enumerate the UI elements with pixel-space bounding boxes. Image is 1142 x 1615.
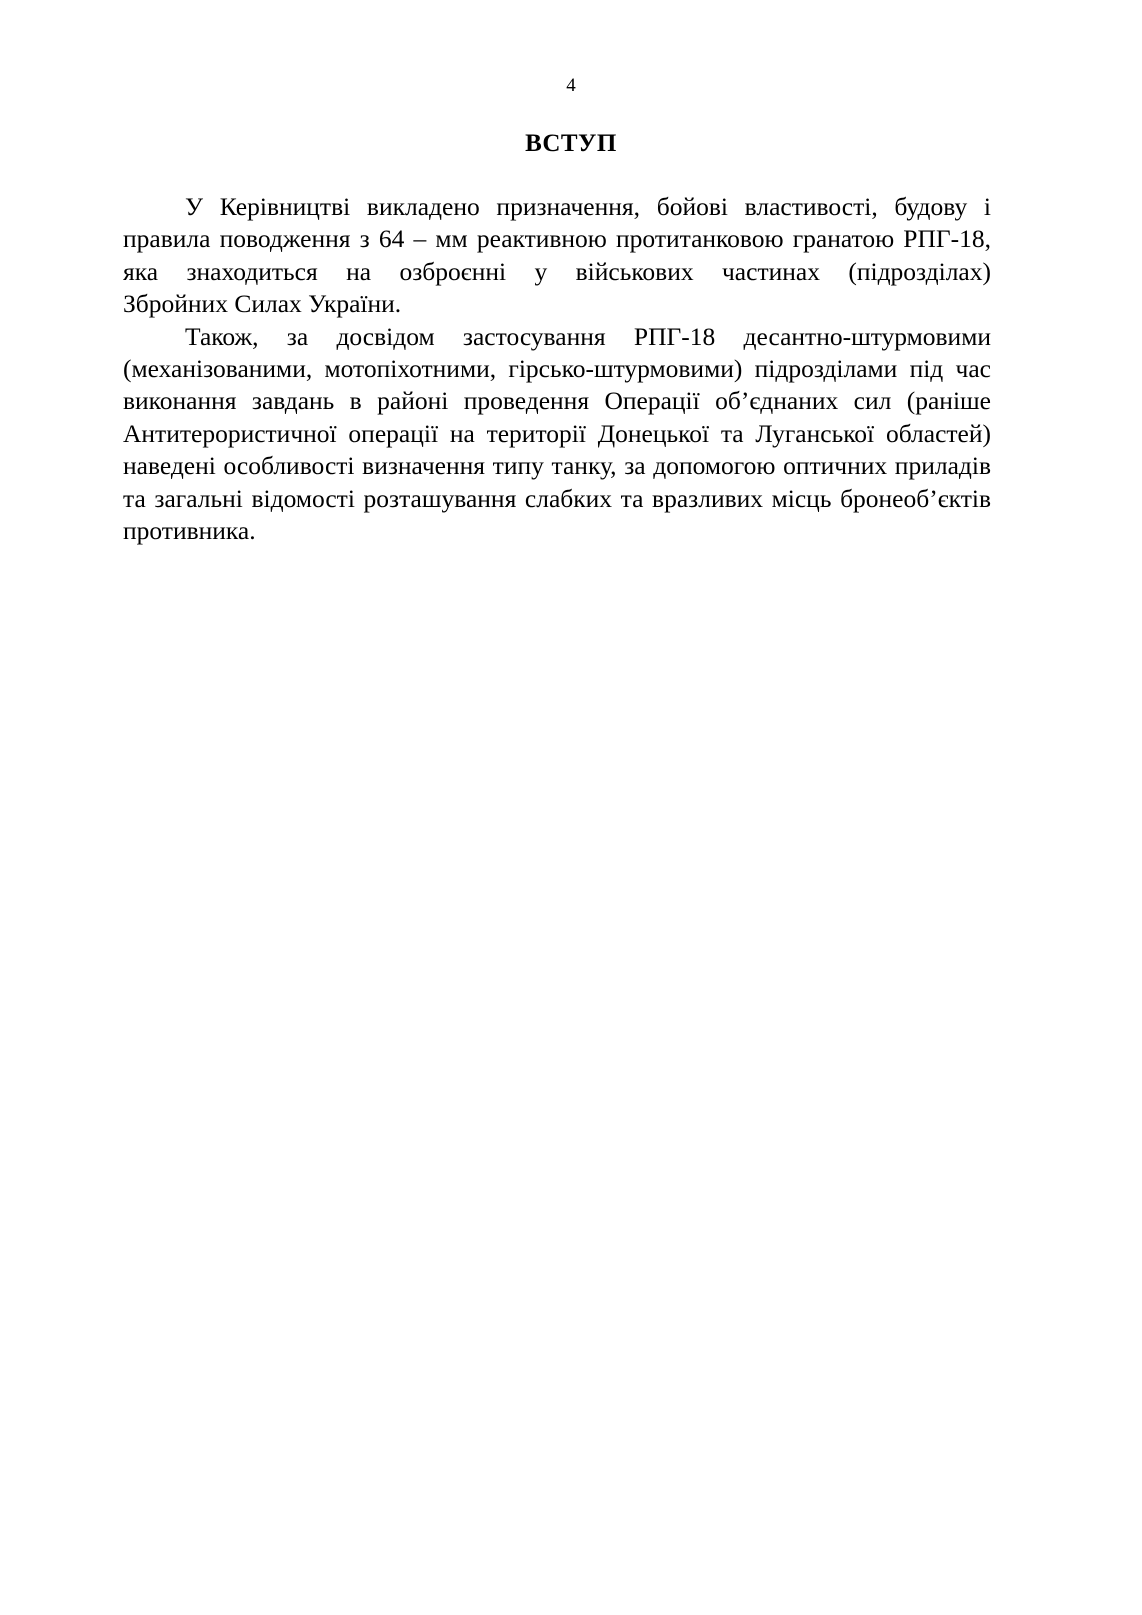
document-page: 4 ВСТУП У Керівництві викладено призначе… [0,0,1142,1615]
section-heading: ВСТУП [0,128,1142,160]
text-line: та загальні відомості розташування слабк… [123,483,991,515]
text-line: Антитерористичної операції на території … [123,418,991,450]
page-number: 4 [0,74,1142,98]
text-line: Також, за досвідом застосування РПГ-18 д… [123,321,991,353]
text-line: правила поводження з 64 – мм реактивною … [123,223,991,255]
text-line: (механізованими, мотопіхотними, гірсько-… [123,353,991,385]
paragraph-experience: Також, за досвідом застосування РПГ-18 д… [123,321,991,548]
text-line: Збройних Силах України. [123,288,991,320]
paragraph-intro: У Керівництві викладено призначення, бой… [123,191,991,321]
text-line: виконання завдань в районі проведення Оп… [123,385,991,417]
text-line: У Керівництві викладено призначення, бой… [123,191,991,223]
text-line: противника. [123,515,991,547]
body-text: У Керівництві викладено призначення, бой… [123,191,991,547]
text-line: наведені особливості визначення типу тан… [123,450,991,482]
text-line: яка знаходиться на озброєнні у військови… [123,256,991,288]
